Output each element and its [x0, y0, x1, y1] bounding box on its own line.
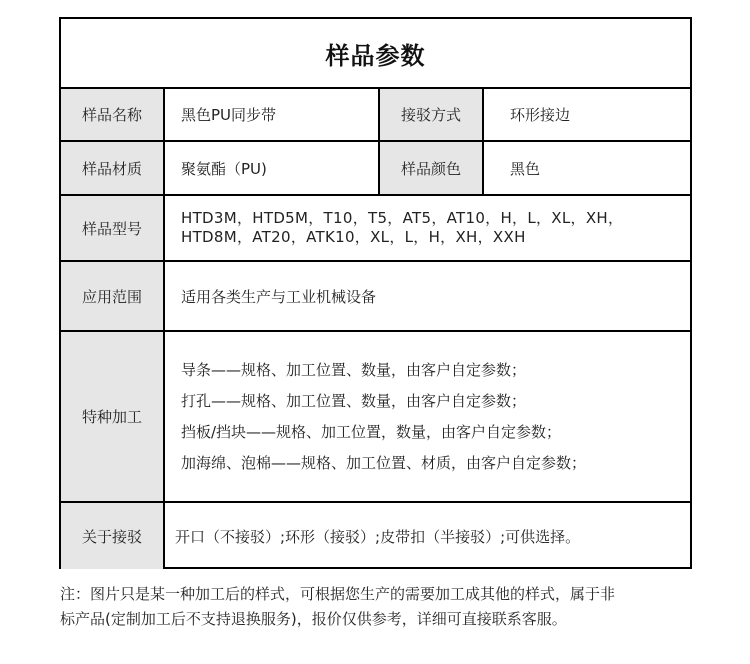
label-special-processing: 特种加工 — [61, 332, 165, 501]
models-line: HTD8M，AT20，ATK10，XL，L，H，XH，XXH — [181, 228, 526, 247]
row-joint-info: 关于接驳 开口（不接驳）;环形（接驳）;皮带扣（半接驳）;可供选择。 — [61, 503, 690, 569]
value-special-processing: 导条——规格、加工位置、数量，由客户自定参数； 打孔——规格、加工位置、数量，由… — [165, 332, 690, 501]
value-sample-models: HTD3M，HTD5M，T10，T5，AT5，AT10，H，L，XL，XH， H… — [165, 196, 690, 260]
label-sample-material: 样品材质 — [61, 142, 165, 194]
row-sample-models: 样品型号 HTD3M，HTD5M，T10，T5，AT5，AT10，H，L，XL，… — [61, 196, 690, 262]
row-sample-material: 样品材质 聚氨酯（PU) 样品颜色 黑色 — [61, 142, 690, 196]
sample-parameters-table: 样品参数 样品名称 黑色PU同步带 接驳方式 环形接边 样品材质 聚氨酯（PU)… — [59, 17, 692, 569]
label-sample-name: 样品名称 — [61, 89, 165, 140]
value-joint-info: 开口（不接驳）;环形（接驳）;皮带扣（半接驳）;可供选择。 — [165, 503, 690, 569]
footnote-line: 注：图片只是某一种加工后的样式，可根据您生产的需要加工成其他的样式，属于非 — [60, 582, 700, 607]
processing-line: 打孔——规格、加工位置、数量，由客户自定参数； — [181, 386, 526, 417]
row-sample-name: 样品名称 黑色PU同步带 接驳方式 环形接边 — [61, 89, 690, 142]
title-row: 样品参数 — [61, 19, 690, 89]
processing-line: 导条——规格、加工位置、数量，由客户自定参数； — [181, 355, 526, 386]
label-sample-models: 样品型号 — [61, 196, 165, 260]
value-sample-material: 聚氨酯（PU) — [165, 142, 379, 194]
processing-line: 加海绵、泡棉——规格、加工位置、材质，由客户自定参数； — [181, 448, 586, 479]
row-application: 应用范围 适用各类生产与工业机械设备 — [61, 262, 690, 332]
value-sample-name: 黑色PU同步带 — [165, 89, 379, 140]
footnote: 注：图片只是某一种加工后的样式，可根据您生产的需要加工成其他的样式，属于非 标产… — [60, 582, 700, 632]
row-special-processing: 特种加工 导条——规格、加工位置、数量，由客户自定参数； 打孔——规格、加工位置… — [61, 332, 690, 503]
footnote-line: 标产品(定制加工后不支持退换服务)，报价仅供参考，详细可直接联系客服。 — [60, 607, 700, 632]
processing-line: 挡板/挡块——规格、加工位置，数量，由客户自定参数； — [181, 417, 561, 448]
table-title: 样品参数 — [61, 19, 690, 87]
label-joint-method: 接驳方式 — [378, 89, 484, 140]
value-joint-method: 环形接边 — [484, 89, 690, 140]
value-sample-color: 黑色 — [484, 142, 690, 194]
label-sample-color: 样品颜色 — [378, 142, 484, 194]
value-application: 适用各类生产与工业机械设备 — [165, 262, 690, 330]
label-application: 应用范围 — [61, 262, 165, 330]
label-joint-info: 关于接驳 — [61, 503, 165, 569]
models-line: HTD3M，HTD5M，T10，T5，AT5，AT10，H，L，XL，XH， — [181, 209, 623, 228]
